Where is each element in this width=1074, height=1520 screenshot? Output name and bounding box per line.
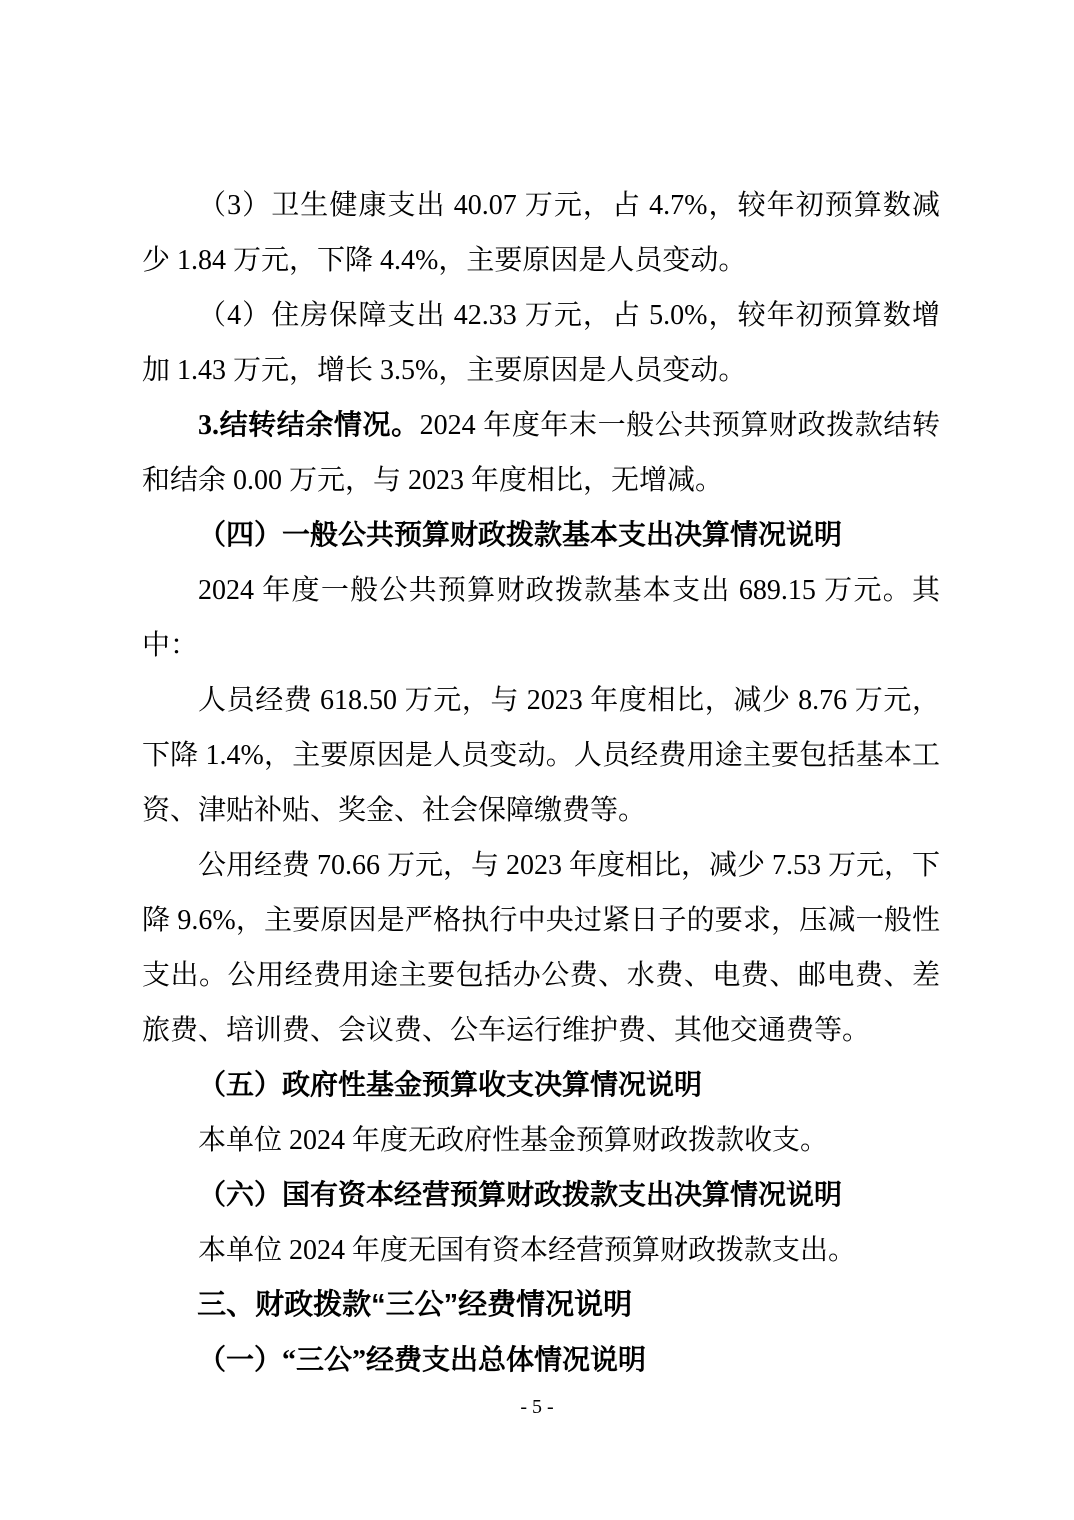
paragraph-basic-expenditure-total: 2024 年度一般公共预算财政拨款基本支出 689.15 万元。其中：: [142, 563, 940, 673]
paragraph-health-expenditure: （3）卫生健康支出 40.07 万元，占 4.7%，较年初预算数减少 1.84 …: [142, 178, 940, 288]
paragraph-government-fund-none: 本单位 2024 年度无政府性基金预算财政拨款收支。: [142, 1113, 940, 1168]
heading-chapter-3-three-public-funds: 三、财政拨款“三公”经费情况说明: [142, 1278, 940, 1333]
heading-section-5-government-fund: （五）政府性基金预算收支决算情况说明: [142, 1058, 940, 1113]
heading-section-6-state-capital: （六）国有资本经营预算财政拨款支出决算情况说明: [142, 1168, 940, 1223]
paragraph-housing-expenditure: （4）住房保障支出 42.33 万元，占 5.0%，较年初预算数增加 1.43 …: [142, 288, 940, 398]
paragraph-public-funds: 公用经费 70.66 万元，与 2023 年度相比，减少 7.53 万元，下降 …: [142, 838, 940, 1058]
document-body: （3）卫生健康支出 40.07 万元，占 4.7%，较年初预算数减少 1.84 …: [142, 178, 940, 1388]
heading-section-4-basic-expenditure: （四）一般公共预算财政拨款基本支出决算情况说明: [142, 508, 940, 563]
paragraph-state-capital-none: 本单位 2024 年度无国有资本经营预算财政拨款支出。: [142, 1223, 940, 1278]
document-page: （3）卫生健康支出 40.07 万元，占 4.7%，较年初预算数减少 1.84 …: [0, 0, 1074, 1520]
page-number: - 5 -: [0, 1392, 1074, 1422]
paragraph-carryover: 3.结转结余情况。2024 年度年末一般公共预算财政拨款结转和结余 0.00 万…: [142, 398, 940, 508]
paragraph-carryover-bold-lead: 3.结转结余情况。: [198, 410, 420, 441]
heading-section-1-three-public-overview: （一）“三公”经费支出总体情况说明: [142, 1333, 940, 1388]
paragraph-personnel-funds: 人员经费 618.50 万元，与 2023 年度相比，减少 8.76 万元，下降…: [142, 673, 940, 838]
